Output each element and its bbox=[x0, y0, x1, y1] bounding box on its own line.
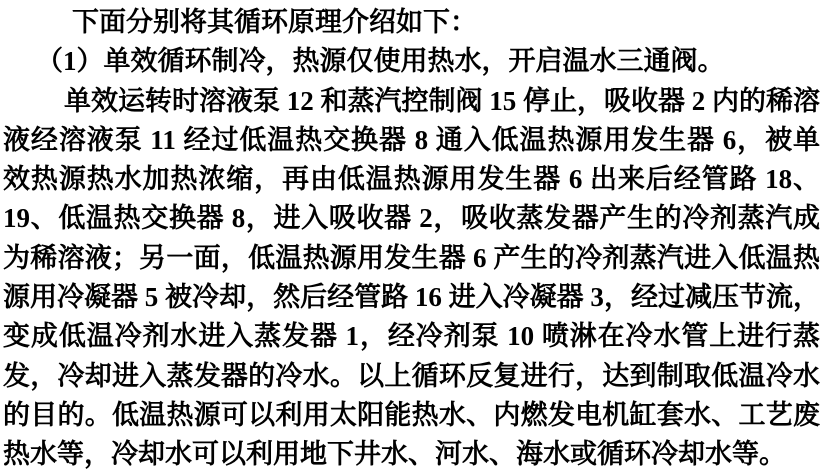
text-line: 变成低温冷剂水进入蒸发器 1，经冷剂泵 10 喷淋在冷水管上进行蒸 bbox=[3, 317, 820, 356]
text-line: （1）单效循环制冷，热源仅使用热水，开启温水三通阀。 bbox=[3, 42, 820, 81]
document-page: 下面分别将其循环原理介绍如下： （1）单效循环制冷，热源仅使用热水，开启温水三通… bbox=[0, 0, 827, 475]
text-line: 效热源热水加热浓缩，再由低温热源用发生器 6 出来后经管路 18、 bbox=[3, 160, 820, 199]
text-line: 单效运转时溶液泵 12 和蒸汽控制阀 15 停止，吸收器 2 内的稀溶 bbox=[3, 82, 820, 121]
text-line: 热水等，冷却水可以利用地下井水、河水、海水或循环冷却水等。 bbox=[3, 435, 820, 474]
text-line: 下面分别将其循环原理介绍如下： bbox=[3, 3, 820, 42]
text-line: 发，冷却进入蒸发器的冷水。以上循环反复进行，达到制取低温冷水 bbox=[3, 357, 820, 396]
text-line: 为稀溶液；另一面，低温热源用发生器 6 产生的冷剂蒸汽进入低温热 bbox=[3, 239, 820, 278]
text-line: 的目的。低温热源可以利用太阳能热水、内燃发电机缸套水、工艺废 bbox=[3, 396, 820, 435]
text-line: 源用冷凝器 5 被冷却，然后经管路 16 进入冷凝器 3，经过减压节流， bbox=[3, 278, 820, 317]
text-line: 19、低温热交换器 8，进入吸收器 2，吸收蒸发器产生的冷剂蒸汽成 bbox=[3, 199, 820, 238]
text-line: 液经溶液泵 11 经过低温热交换器 8 通入低温热源用发生器 6，被单 bbox=[3, 121, 820, 160]
